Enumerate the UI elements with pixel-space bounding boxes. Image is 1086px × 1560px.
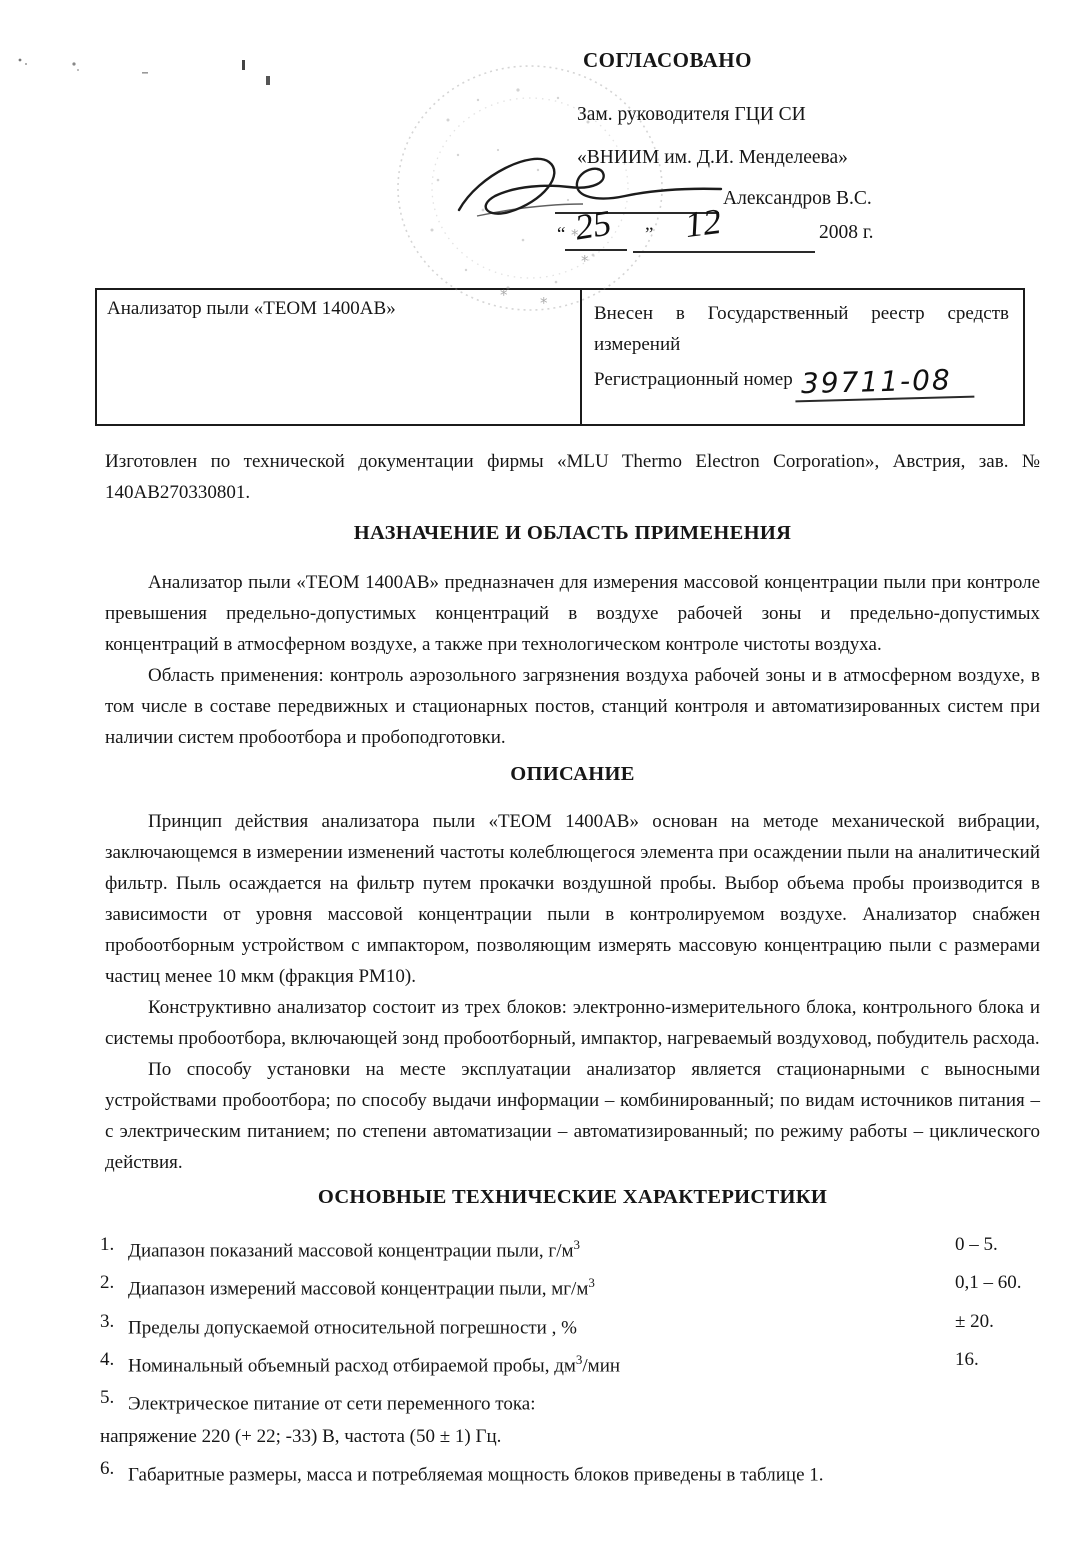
spec-item-value: 0,1 – 60.: [955, 1267, 1022, 1299]
approved-title: СОГЛАСОВАНО: [583, 48, 752, 73]
spec-item-value: 0 – 5.: [955, 1229, 998, 1261]
document-content: Анализатор пыли «ТЕОМ 1400АВ» Внесен в Г…: [0, 288, 1086, 1491]
spec-item: 3. Пределы допускаемой относительной пог…: [100, 1306, 1040, 1344]
approval-date: “ 25 ” 12 2008 г.: [557, 220, 1057, 260]
date-close-quote: ”: [645, 224, 653, 246]
description-paragraph: Принцип действия анализатора пыли «ТЕОМ …: [105, 806, 1040, 992]
date-year: 2008 г.: [819, 222, 874, 244]
device-name: Анализатор пыли «ТЕОМ 1400АВ»: [107, 298, 396, 319]
spec-item-number: 1.: [100, 1229, 128, 1267]
spec-item-number: 3.: [100, 1306, 128, 1344]
spec-item-number: 4.: [100, 1344, 128, 1382]
manufacture-note: Изготовлен по технической документации ф…: [105, 446, 1040, 508]
spec-item-label: Диапазон показаний массовой концентрации…: [128, 1229, 1040, 1267]
spec-item-label: Электрическое питание от сети переменног…: [128, 1382, 1040, 1420]
purpose-paragraph: Область применения: контроль аэрозольног…: [105, 660, 1040, 753]
purpose-paragraph: Анализатор пыли «ТЕОМ 1400АВ» предназнач…: [105, 567, 1040, 660]
registry-statement: Внесен в Государственный реестр средств …: [594, 298, 1009, 360]
scan-noise-dots: [10, 48, 290, 98]
specs-list: 1. Диапазон показаний массовой концентра…: [100, 1229, 1040, 1491]
description-paragraph: По способу установки на месте эксплуатац…: [105, 1054, 1040, 1178]
specs-heading: ОСНОВНЫЕ ТЕХНИЧЕСКИЕ ХАРАКТЕРИСТИКИ: [105, 1186, 1040, 1209]
spec-item-label: Диапазон измерений массовой концентрации…: [128, 1267, 1040, 1305]
spec-item-continuation: напряжение 220 (+ 22; -33) В, частота (5…: [100, 1421, 1040, 1453]
date-day-underline: [565, 249, 627, 251]
spec-item-label: Номинальный объемный расход отбираемой п…: [128, 1344, 1040, 1382]
registration-number-line: Регистрационный номер39711-08: [594, 367, 974, 400]
spec-item-number: 6.: [100, 1453, 128, 1491]
spec-item: 5. Электрическое питание от сети перемен…: [100, 1382, 1040, 1420]
svg-text:*: *: [500, 286, 508, 304]
approval-header: * * * * СОГЛАСОВАНО Зам. руководителя ГЦ…: [0, 0, 1086, 288]
handwritten-day: 25: [572, 201, 614, 248]
document-page: * * * * СОГЛАСОВАНО Зам. руководителя ГЦ…: [0, 0, 1086, 1560]
svg-text:*: *: [540, 294, 548, 312]
spec-item-value: ± 20.: [955, 1306, 994, 1338]
spec-item-value: 16.: [955, 1344, 979, 1376]
approver-name: Александров В.С.: [723, 188, 872, 210]
spec-item: 1. Диапазон показаний массовой концентра…: [100, 1229, 1040, 1267]
spec-item: 2. Диапазон измерений массовой концентра…: [100, 1267, 1040, 1305]
spec-item: 6. Габаритные размеры, масса и потребляе…: [100, 1453, 1040, 1491]
spec-item-label: Габаритные размеры, масса и потребляемая…: [128, 1453, 1040, 1491]
approver-role-line1: Зам. руководителя ГЦИ СИ: [577, 104, 806, 126]
description-heading: ОПИСАНИЕ: [105, 763, 1040, 786]
spec-item-number: 2.: [100, 1267, 128, 1305]
handwritten-registration-number: 39711-08: [794, 365, 974, 403]
handwritten-month: 12: [683, 200, 724, 246]
spec-item-label: Пределы допускаемой относительной погреш…: [128, 1306, 1040, 1344]
spec-item: 4. Номинальный объемный расход отбираемо…: [100, 1344, 1040, 1382]
spec-item-number: 5.: [100, 1382, 128, 1420]
approver-role-line2: «ВНИИМ им. Д.И. Менделеева»: [577, 147, 848, 169]
description-paragraph: Конструктивно анализатор состоит из трех…: [105, 992, 1040, 1054]
registry-info-cell: Внесен в Государственный реестр средств …: [580, 290, 1023, 424]
purpose-heading: НАЗНАЧЕНИЕ И ОБЛАСТЬ ПРИМЕНЕНИЯ: [105, 522, 1040, 545]
date-month-underline: [633, 251, 815, 253]
date-open-quote: “: [557, 224, 565, 246]
registration-number-label: Регистрационный номер: [594, 369, 793, 390]
